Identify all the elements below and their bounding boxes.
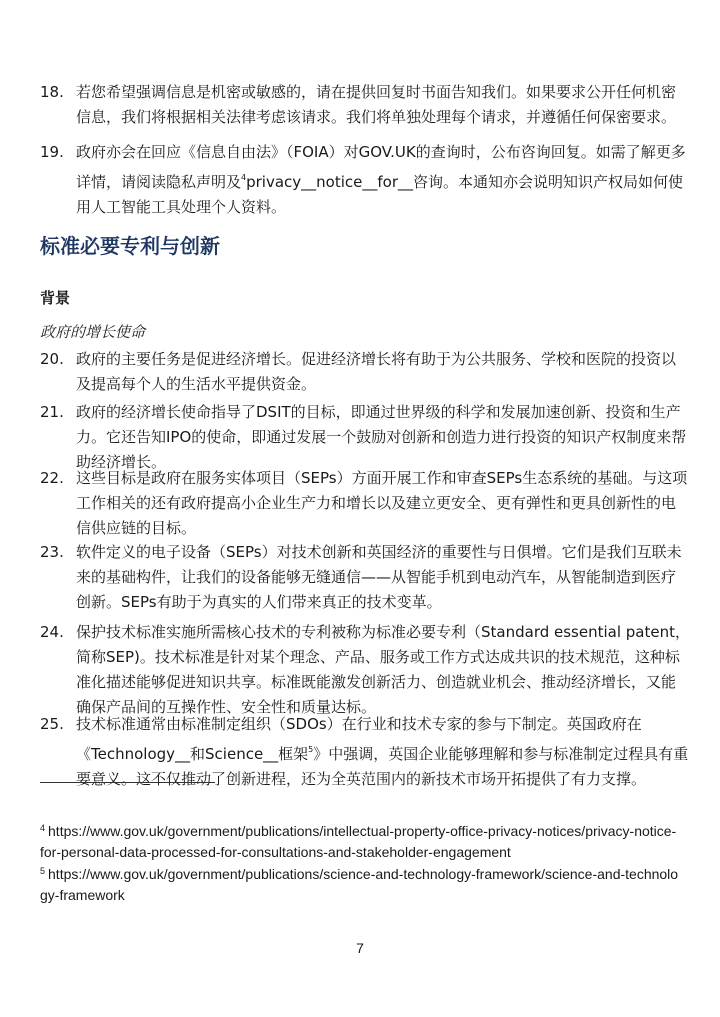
paragraph-number: 18. <box>40 80 64 105</box>
paragraph-number: 20. <box>40 347 64 372</box>
paragraph-22: 22. 这些目标是政府在服务实体项目（SEPs）方面开展工作和审查SEPs生态系… <box>40 466 690 541</box>
paragraph-number: 25. <box>40 712 64 737</box>
footnote-mark: 5 <box>40 866 45 876</box>
paragraph-number: 22. <box>40 466 64 491</box>
paragraph-25: 25. 技术标准通常由标准制定组织（SDOs）在行业和技术专家的参与下制定。英国… <box>40 712 690 792</box>
paragraph-23: 23. 软件定义的电子设备（SEPs）对技术创新和英国经济的重要性与日俱增。它们… <box>40 540 690 615</box>
italic-subheading: 政府的增长使命 <box>40 321 145 342</box>
footnote-divider <box>40 782 215 783</box>
section-heading: 标准必要专利与创新 <box>40 230 220 259</box>
paragraph-20: 20. 政府的主要任务是促进经济增长。促进经济增长将有助于为公共服务、学校和医院… <box>40 347 690 397</box>
footnote-4: 4https://www.gov.uk/government/publicati… <box>40 818 680 863</box>
paragraph-19: 19. 政府亦会在回应《信息自由法》（FOIA）对GOV.UK的查询时，公布咨询… <box>40 140 690 220</box>
paragraph-number: 21. <box>40 400 64 425</box>
paragraph-text: 这些目标是政府在服务实体项目（SEPs）方面开展工作和审查SEPs生态系统的基础… <box>40 466 690 541</box>
paragraph-text: 软件定义的电子设备（SEPs）对技术创新和英国经济的重要性与日俱增。它们是我们互… <box>40 540 690 615</box>
footnote-link[interactable]: https://www.gov.uk/government/publicatio… <box>40 823 676 860</box>
document-page: 18. 若您希望强调信息是机密或敏感的，请在提供回复时书面告知我们。如果要求公开… <box>0 0 720 1017</box>
paragraph-number: 24. <box>40 620 64 645</box>
paragraph-24: 24. 保护技术标准实施所需核心技术的专利被称为标准必要专利（Standard … <box>40 620 690 720</box>
subheading: 背景 <box>40 287 70 308</box>
paragraph-number: 23. <box>40 540 64 565</box>
paragraph-21: 21. 政府的经济增长使命指导了DSIT的目标，即通过世界级的科学和发展加速创新… <box>40 400 690 475</box>
footnote-link[interactable]: https://www.gov.uk/government/publicatio… <box>40 866 678 903</box>
footnote-5: 5https://www.gov.uk/government/publicati… <box>40 861 680 906</box>
page-number: 7 <box>0 940 720 956</box>
paragraph-text: 政府的经济增长使命指导了DSIT的目标，即通过世界级的科学和发展加速创新、投资和… <box>40 400 690 475</box>
footnote-mark: 4 <box>40 823 45 833</box>
paragraph-number: 19. <box>40 140 64 165</box>
paragraph-text: 若您希望强调信息是机密或敏感的，请在提供回复时书面告知我们。如果要求公开任何机密… <box>40 80 690 130</box>
paragraph-18: 18. 若您希望强调信息是机密或敏感的，请在提供回复时书面告知我们。如果要求公开… <box>40 80 690 130</box>
paragraph-text: 政府的主要任务是促进经济增长。促进经济增长将有助于为公共服务、学校和医院的投资以… <box>40 347 690 397</box>
paragraph-text: 保护技术标准实施所需核心技术的专利被称为标准必要专利（Standard esse… <box>40 620 690 720</box>
